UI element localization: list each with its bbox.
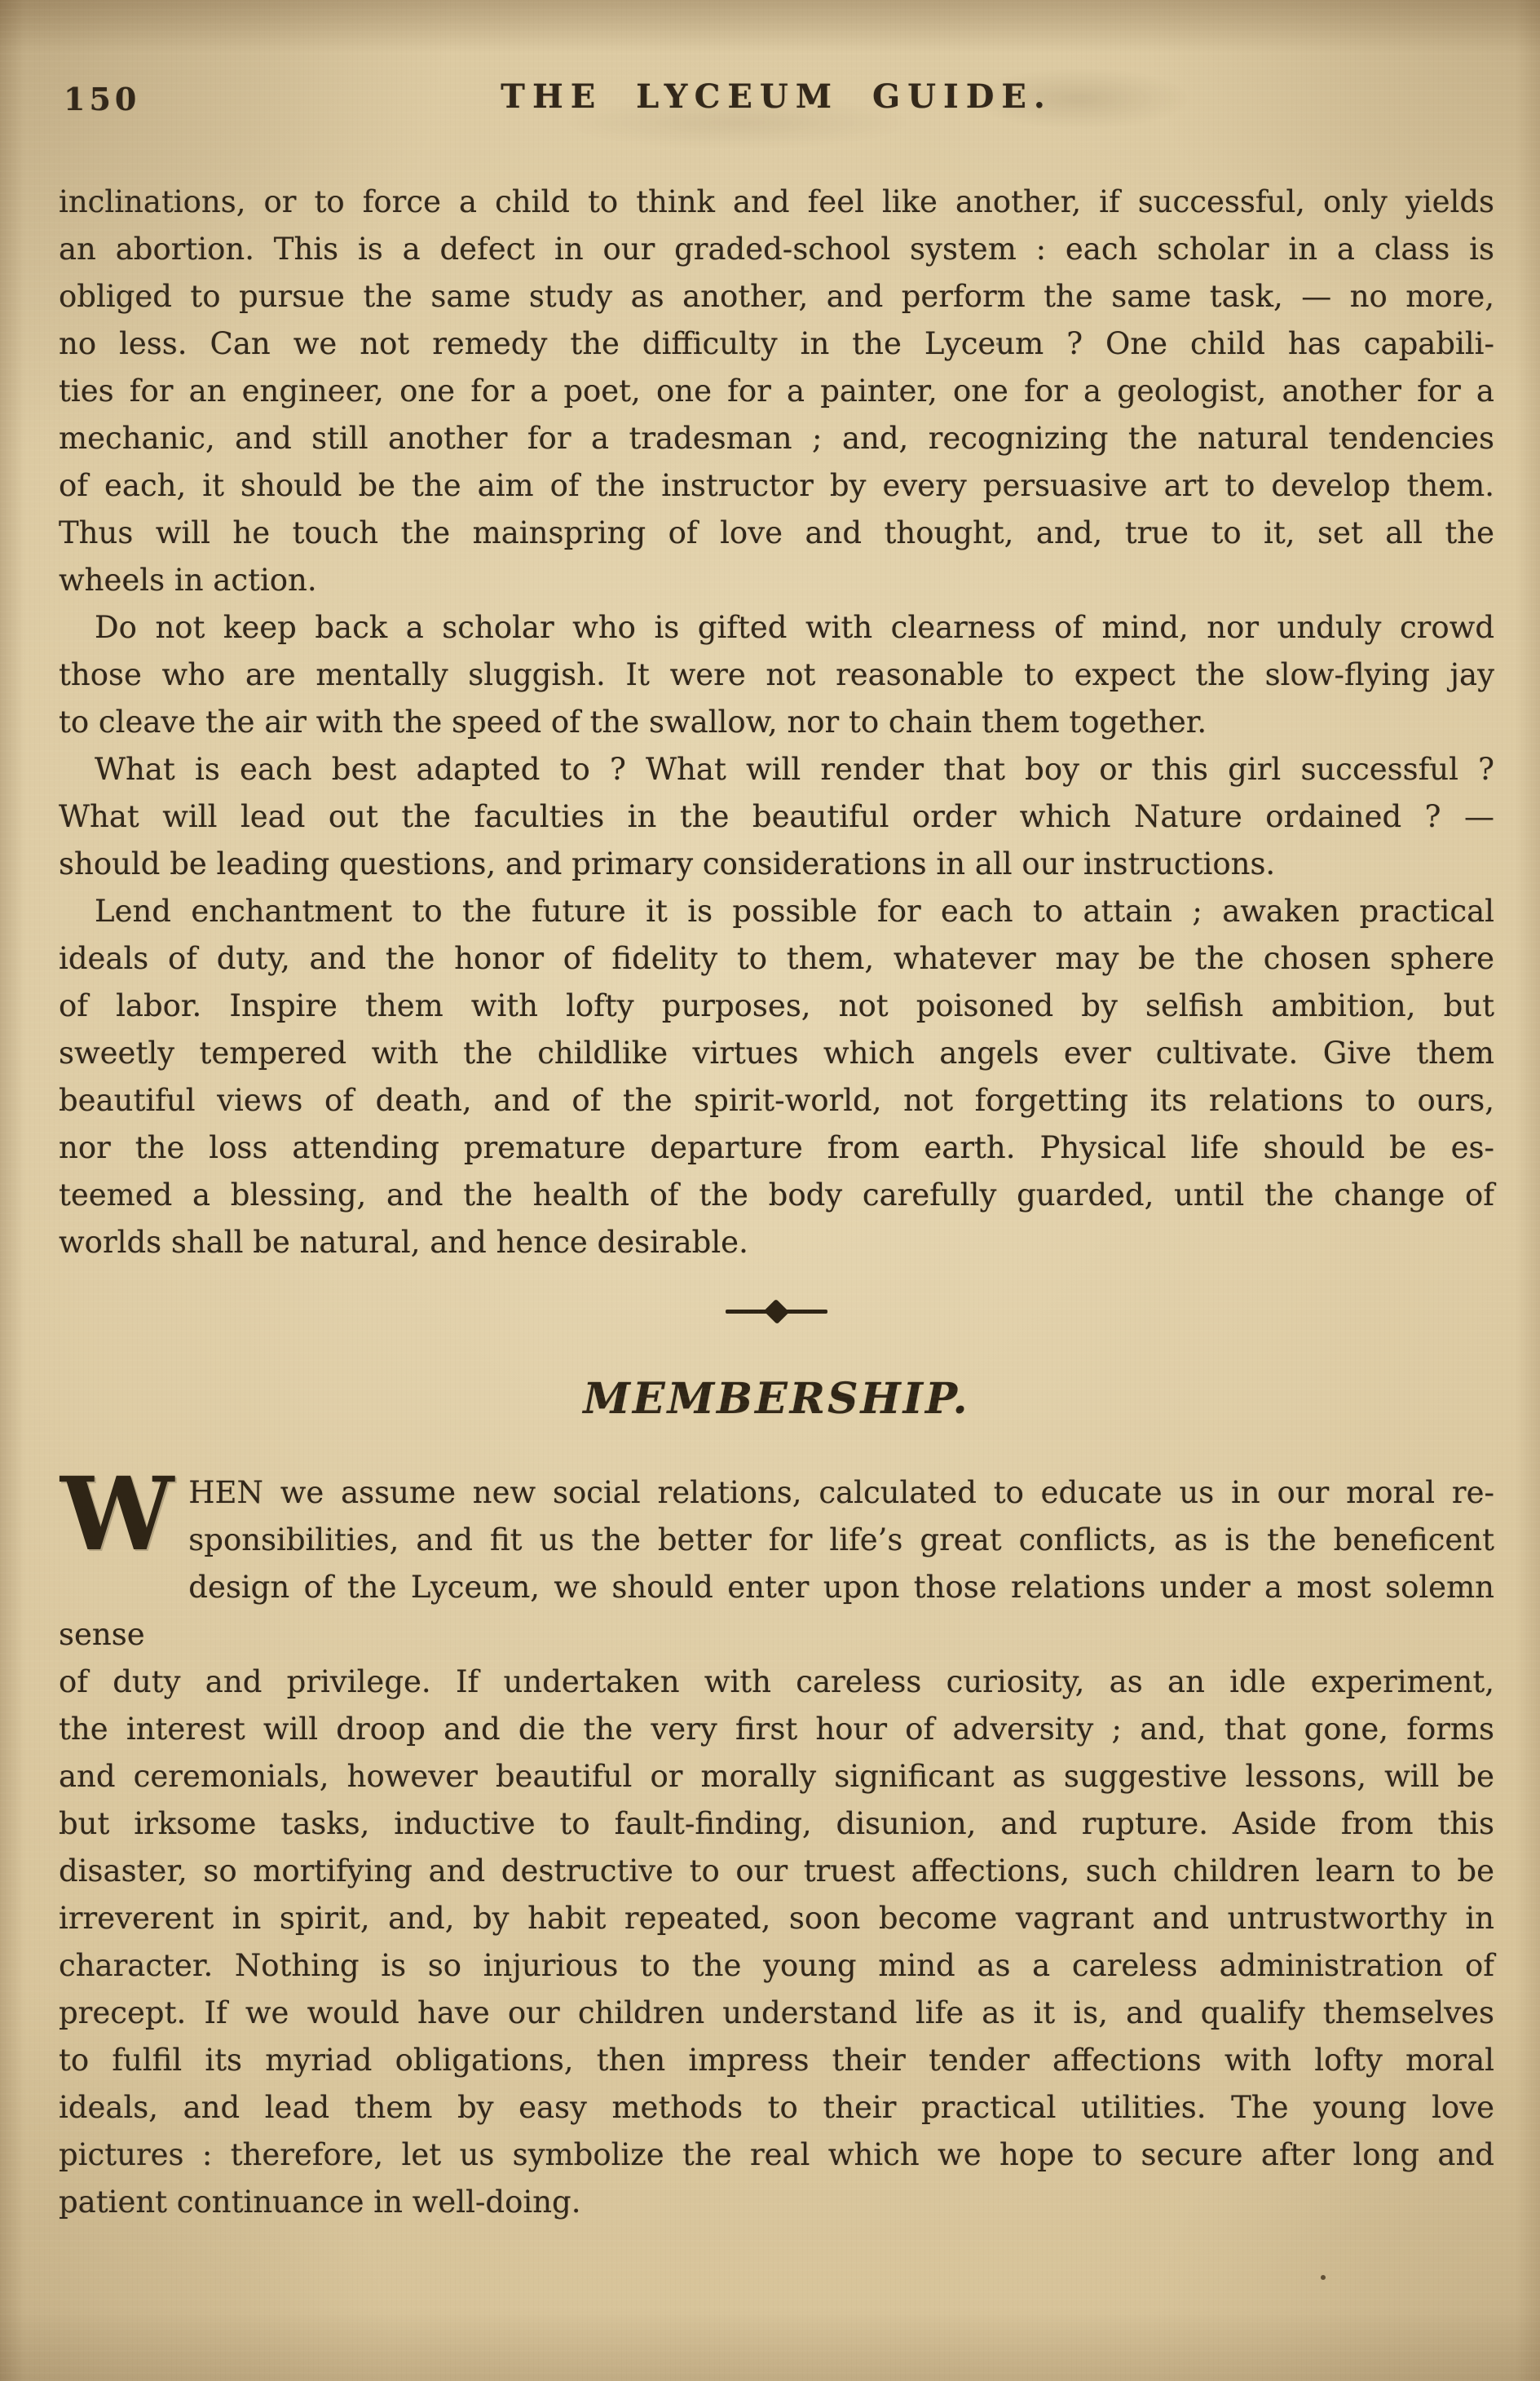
text-line: ideals, and lead them by easy methods to…: [59, 2084, 1494, 2131]
text-line: disaster, so mortifying and destructive …: [59, 1848, 1494, 1895]
text-line: Do not keep back a scholar who is gifted…: [59, 604, 1494, 652]
text-line: of each, it should be the aim of the ins…: [59, 462, 1494, 510]
text-line: no less. Can we not remedy the difficult…: [59, 320, 1494, 368]
paragraph: Lend enchantment to the future it is pos…: [59, 888, 1494, 1266]
section-divider: [59, 1299, 1494, 1323]
text-line: irreverent in spirit, and, by habit repe…: [59, 1895, 1494, 1942]
paper-speck: [996, 342, 999, 346]
text-line: Lend enchantment to the future it is pos…: [59, 888, 1494, 935]
text-line: What will lead out the faculties in the …: [59, 793, 1494, 841]
text-line: Thus will he touch the mainspring of lov…: [59, 510, 1494, 557]
text-line: sweetly tempered with the childlike virt…: [59, 1030, 1494, 1077]
text-line: teemed a blessing, and the health of the…: [59, 1172, 1494, 1219]
text-line: inclinations, or to force a child to thi…: [59, 179, 1494, 226]
paper-speck: [1321, 2275, 1326, 2280]
diamond-ornament-icon: [764, 1298, 789, 1323]
text-line: character. Nothing is so injurious to th…: [59, 1942, 1494, 1990]
page-header: 150 THE LYCEUM GUIDE.: [59, 77, 1494, 120]
text-line: should be leading questions, and primary…: [59, 841, 1494, 888]
text-line: mechanic, and still another for a trades…: [59, 415, 1494, 462]
running-title: THE LYCEUM GUIDE.: [501, 77, 1052, 116]
paragraph: What is each best adapted to ? What will…: [59, 746, 1494, 888]
text-line: of duty and privilege. If undertaken wit…: [59, 1659, 1494, 1706]
text-line: to cleave the air with the speed of the …: [59, 699, 1494, 746]
text-line: beautiful views of death, and of the spi…: [59, 1077, 1494, 1124]
text-line: to fulfil its myriad obligations, then i…: [59, 2037, 1494, 2084]
text-line: pictures : therefore, let us symbolize t…: [59, 2131, 1494, 2179]
text-line: those who are mentally sluggish. It were…: [59, 652, 1494, 699]
text-line: ideals of duty, and the honor of fidelit…: [59, 935, 1494, 983]
text-line: nor the loss attending premature departu…: [59, 1124, 1494, 1172]
page-number: 150: [64, 81, 140, 117]
text-line: worlds shall be natural, and hence desir…: [59, 1219, 1494, 1266]
divider-rule-left: [726, 1310, 770, 1314]
text-line: but irksome tasks, inductive to fault-fi…: [59, 1800, 1494, 1848]
text-line: sponsibilities, and fit us the better fo…: [59, 1517, 1494, 1564]
divider-rule-right: [783, 1310, 827, 1314]
text-line: of labor. Inspire them with lofty purpos…: [59, 983, 1494, 1030]
text-line: and ceremonials, however beautiful or mo…: [59, 1753, 1494, 1800]
paragraph: inclinations, or to force a child to thi…: [59, 179, 1494, 604]
section-title: MEMBERSHIP.: [59, 1374, 1494, 1424]
text-line: obliged to pursue the same study as anot…: [59, 273, 1494, 320]
text-line: What is each best adapted to ? What will…: [59, 746, 1494, 793]
body-text-block: inclinations, or to force a child to thi…: [59, 179, 1494, 1266]
book-page: 150 THE LYCEUM GUIDE. inclinations, or t…: [0, 0, 1540, 2381]
text-line: patient continuance in well-doing.: [59, 2179, 1494, 2226]
text-line: the interest will droop and die the very…: [59, 1706, 1494, 1753]
text-line: precept. If we would have our children u…: [59, 1990, 1494, 2037]
dropcap-letter-w: W: [59, 1469, 188, 1567]
text-line: wheels in action.: [59, 557, 1494, 604]
text-line: ties for an engineer, one for a poet, on…: [59, 368, 1494, 415]
text-line: HEN we assume new social relations, calc…: [59, 1469, 1494, 1517]
paragraph: Do not keep back a scholar who is gifted…: [59, 604, 1494, 746]
paper-speck: [91, 298, 95, 302]
membership-paragraph: W HEN we assume new social relations, ca…: [59, 1469, 1494, 2226]
text-line: an abortion. This is a defect in our gra…: [59, 226, 1494, 273]
text-line: design of the Lyceum, we should enter up…: [59, 1564, 1494, 1659]
